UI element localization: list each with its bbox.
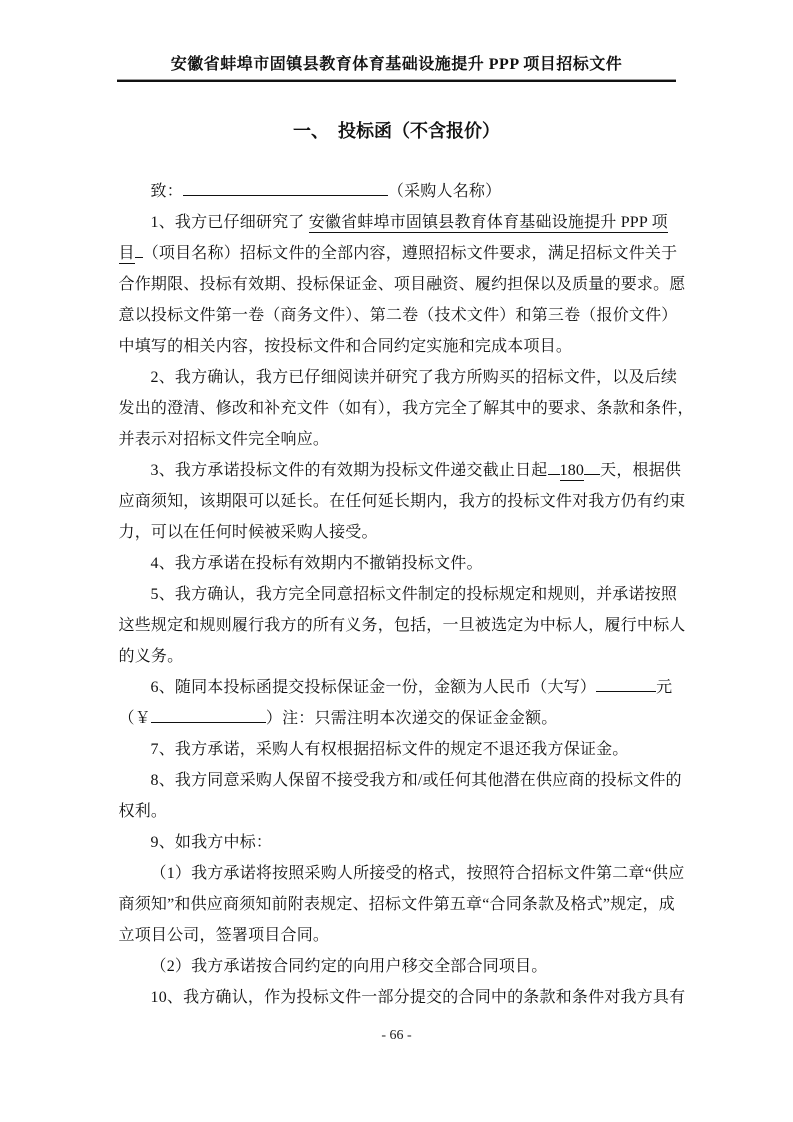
text-segment: （2）我方承诺按合同约定的向用户移交全部合同项目。 (151, 958, 548, 975)
text-line: 中填写的相关内容，按投标文件和合同约定实施和完成本项目。 (119, 331, 675, 362)
text-segment: 这些规定和规则履行我方的所有义务，包括，一旦被选定为中标人，履行中标人 (119, 617, 686, 634)
text-segment: 立项目公司，签署项目合同。 (119, 927, 330, 944)
text-segment: （￥ (119, 710, 151, 727)
text-line: 发出的澄清、修改和补充文件（如有），我方完全了解其中的要求、条款和条件， (119, 393, 675, 424)
text-line: 4、我方承诺在投标有效期内不撤销投标文件。 (119, 548, 675, 579)
underlined-text: 目 (119, 245, 135, 264)
text-segment: 4、我方承诺在投标有效期内不撤销投标文件。 (151, 555, 483, 572)
text-segment: 致： (151, 183, 183, 200)
document-body: 致：（采购人名称）1、我方已仔细研究了 安徽省蚌埠市固镇县教育体育基础设施提升 … (119, 176, 675, 1013)
text-segment: 权利。 (119, 803, 168, 820)
text-segment: 3、我方承诺投标文件的有效期为投标文件递交截止日起 (151, 462, 548, 479)
text-line: 并表示对招标文件完全响应。 (119, 424, 675, 455)
blank-underline-field (584, 457, 600, 475)
text-line: 意以投标文件第一卷（商务文件）、第二卷（技术文件）和第三卷（报价文件） (119, 300, 675, 331)
page-header: 安徽省蚌埠市固镇县教育体育基础设施提升 PPP 项目招标文件 (0, 0, 793, 82)
text-segment: 并表示对招标文件完全响应。 (119, 431, 330, 448)
text-line: 的义务。 (119, 641, 675, 672)
underlined-text: 180 (560, 462, 585, 481)
blank-underline-field (135, 240, 143, 258)
text-line: 力，可以在任何时候被采购人接受。 (119, 517, 675, 548)
text-line: 商须知”和供应商须知前附表规定、招标文件第五章“合同条款及格式”规定，成 (119, 889, 675, 920)
text-line: （￥）注：只需注明本次递交的保证金金额。 (119, 703, 675, 734)
text-segment: 意以投标文件第一卷（商务文件）、第二卷（技术文件）和第三卷（报价文件） (119, 307, 678, 324)
text-line: 立项目公司，签署项目合同。 (119, 920, 675, 951)
text-line: 应商须知，该期限可以延长。在任何延长期内，我方的投标文件对我方仍有约束 (119, 486, 675, 517)
text-segment: （采购人名称） (388, 183, 501, 200)
header-title: 安徽省蚌埠市固镇县教育体育基础设施提升 PPP 项目招标文件 (0, 54, 793, 76)
blank-underline-field (151, 705, 266, 723)
text-segment: 2、我方确认，我方已仔细阅读并研究了我方所购买的招标文件，以及后续 (151, 369, 678, 386)
underlined-text: 安徽省蚌埠市固镇县教育体育基础设施提升 PPP 项 (309, 214, 668, 233)
text-segment: 中填写的相关内容，按投标文件和合同约定实施和完成本项目。 (119, 338, 573, 355)
text-segment: 的义务。 (119, 648, 184, 665)
header-rule (117, 79, 676, 82)
blank-underline-field (548, 457, 560, 475)
text-segment: 发出的澄清、修改和补充文件（如有），我方完全了解其中的要求、条款和条件， (119, 400, 694, 417)
text-line: 合作期限、投标有效期、投标保证金、项目融资、履约担保以及质量的要求。愿 (119, 269, 675, 300)
text-segment: 8、我方同意采购人保留不接受我方和/或任何其他潜在供应商的投标文件的 (151, 772, 682, 789)
text-line: （1）我方承诺将按照采购人所接受的格式，按照符合招标文件第二章“供应 (119, 858, 675, 889)
text-line: 目（项目名称）招标文件的全部内容，遵照招标文件要求，满足招标文件关于 (119, 238, 675, 269)
text-segment: 6、随同本投标函提交投标保证金一份，金额为人民币（大写） (151, 679, 597, 696)
text-segment: 元 (656, 679, 672, 696)
section-title: 一、 投标函（不含报价） (0, 118, 793, 144)
text-line: （2）我方承诺按合同约定的向用户移交全部合同项目。 (119, 951, 675, 982)
text-segment: 天，根据供 (600, 462, 681, 479)
text-segment: 商须知”和供应商须知前附表规定、招标文件第五章“合同条款及格式”规定，成 (119, 896, 676, 913)
text-line: 10、我方确认，作为投标文件一部分提交的合同中的条款和条件对我方具有 (119, 982, 675, 1013)
text-segment: ）注：只需注明本次递交的保证金金额。 (266, 710, 558, 727)
text-segment: 10、我方确认，作为投标文件一部分提交的合同中的条款和条件对我方具有 (151, 989, 686, 1006)
text-line: 9、如我方中标： (119, 827, 675, 858)
text-line: 这些规定和规则履行我方的所有义务，包括，一旦被选定为中标人，履行中标人 (119, 610, 675, 641)
text-line: 7、我方承诺，采购人有权根据招标文件的规定不退还我方保证金。 (119, 734, 675, 765)
blank-underline-field (596, 674, 656, 692)
text-segment: （项目名称）招标文件的全部内容，遵照招标文件要求，满足招标文件关于 (143, 245, 678, 262)
text-segment: （1）我方承诺将按照采购人所接受的格式，按照符合招标文件第二章“供应 (151, 865, 685, 882)
text-line: 致：（采购人名称） (119, 176, 675, 207)
blank-underline-field (183, 178, 388, 196)
text-line: 权利。 (119, 796, 675, 827)
text-segment: 力，可以在任何时候被采购人接受。 (119, 524, 378, 541)
text-segment: 9、如我方中标： (151, 834, 273, 851)
text-line: 5、我方确认，我方完全同意招标文件制定的投标规定和规则，并承诺按照 (119, 579, 675, 610)
text-segment: 5、我方确认，我方完全同意招标文件制定的投标规定和规则，并承诺按照 (151, 586, 678, 603)
text-segment: 7、我方承诺，采购人有权根据招标文件的规定不退还我方保证金。 (151, 741, 629, 758)
page-number: - 66 - (0, 1028, 793, 1044)
text-line: 1、我方已仔细研究了 安徽省蚌埠市固镇县教育体育基础设施提升 PPP 项 (119, 207, 675, 238)
document-page: 安徽省蚌埠市固镇县教育体育基础设施提升 PPP 项目招标文件 一、 投标函（不含… (0, 0, 793, 1122)
text-line: 6、随同本投标函提交投标保证金一份，金额为人民币（大写）元 (119, 672, 675, 703)
text-segment: 1、我方已仔细研究了 (151, 214, 309, 231)
text-segment: 应商须知，该期限可以延长。在任何延长期内，我方的投标文件对我方仍有约束 (119, 493, 686, 510)
text-line: 8、我方同意采购人保留不接受我方和/或任何其他潜在供应商的投标文件的 (119, 765, 675, 796)
text-line: 3、我方承诺投标文件的有效期为投标文件递交截止日起180天，根据供 (119, 455, 675, 486)
text-segment: 合作期限、投标有效期、投标保证金、项目融资、履约担保以及质量的要求。愿 (119, 276, 686, 293)
text-line: 2、我方确认，我方已仔细阅读并研究了我方所购买的招标文件，以及后续 (119, 362, 675, 393)
